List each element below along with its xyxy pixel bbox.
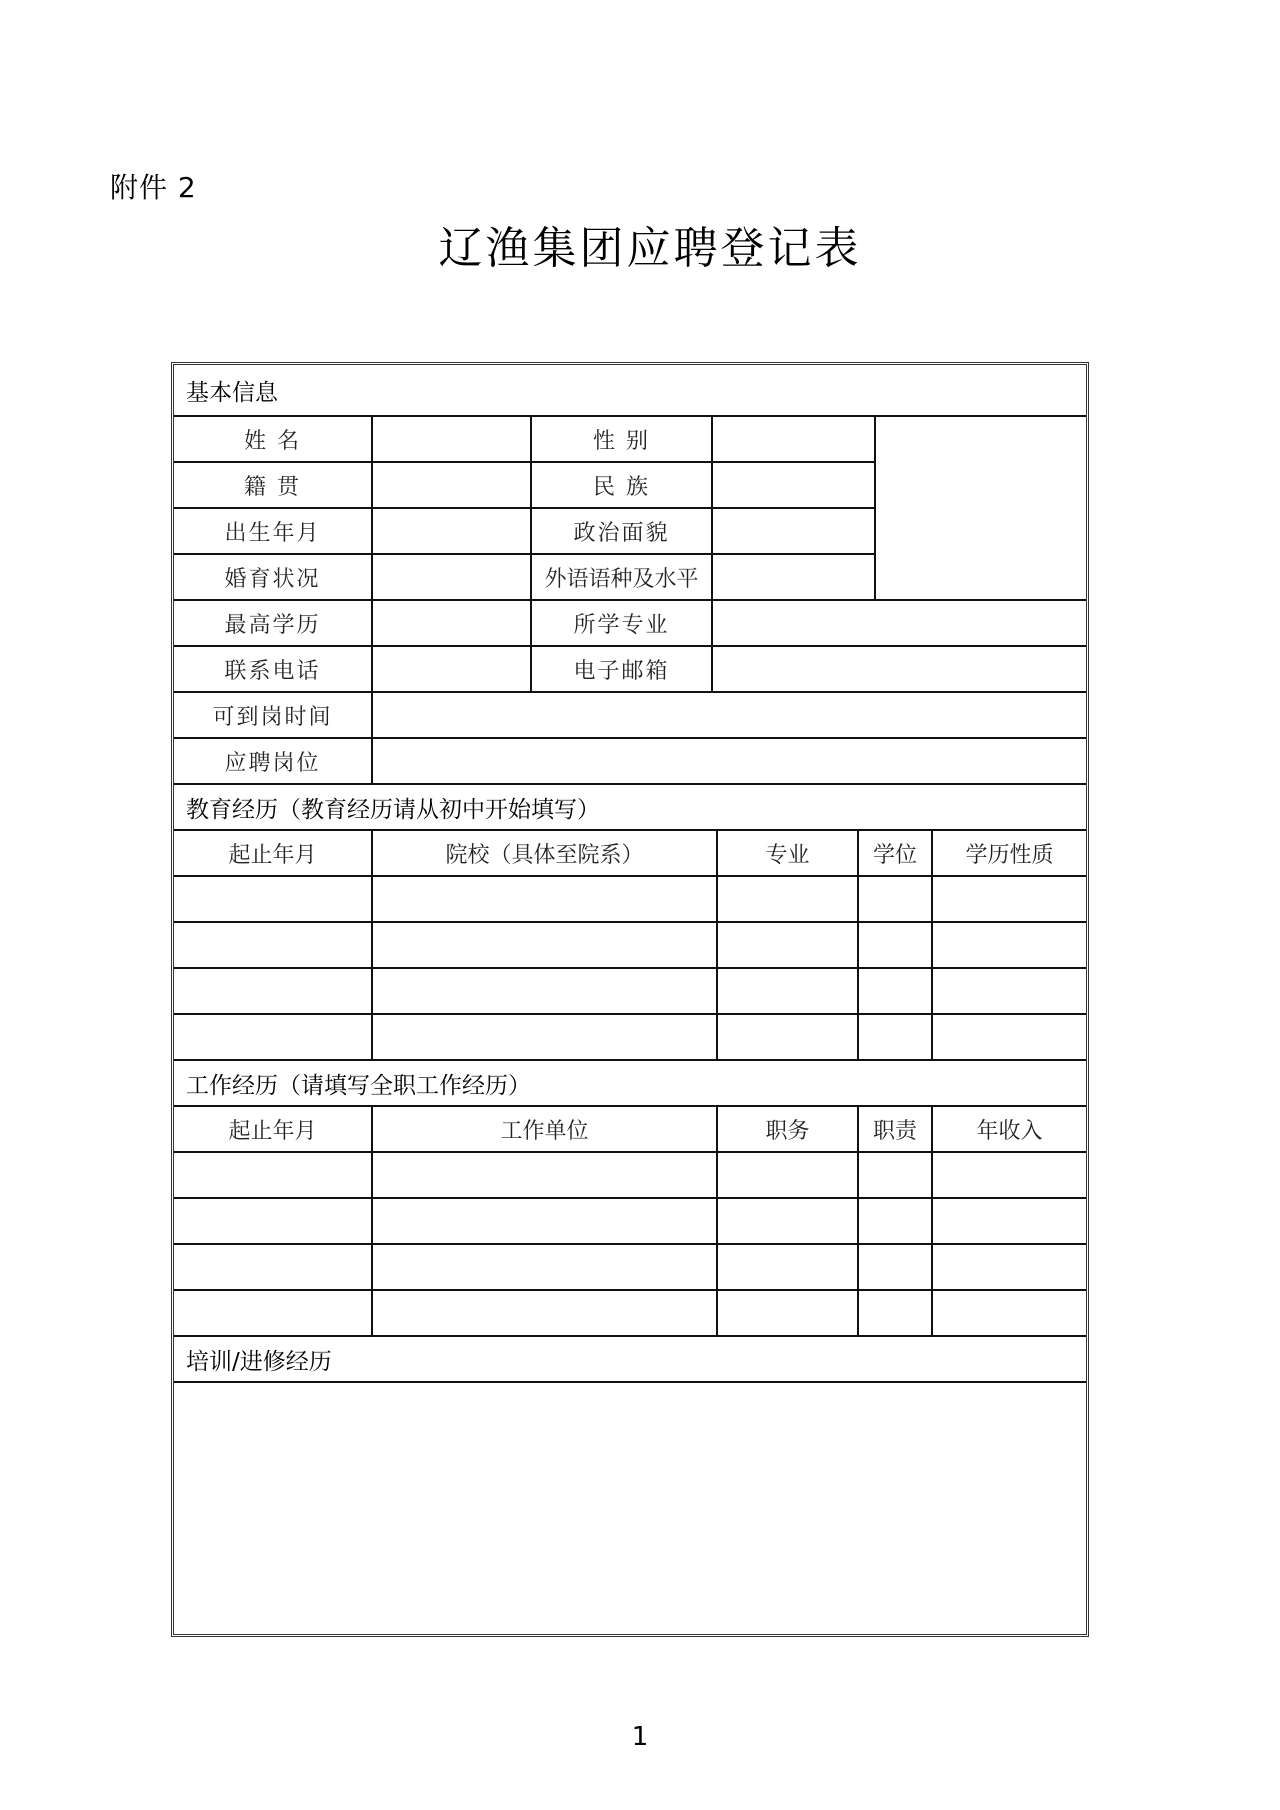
edu-row-2-type[interactable] bbox=[933, 923, 1086, 969]
label-birth-date: 出生年月 bbox=[174, 509, 373, 555]
training-field[interactable] bbox=[174, 1383, 1086, 1474]
position-applied-field[interactable] bbox=[373, 739, 1086, 785]
edu-row-1-type[interactable] bbox=[933, 877, 1086, 923]
highest-education-field[interactable] bbox=[373, 601, 532, 647]
edu-header-degree: 学位 bbox=[859, 831, 933, 877]
page-number: 1 bbox=[0, 1722, 1280, 1752]
page-title: 辽渔集团应聘登记表 bbox=[0, 212, 1280, 276]
label-available-date: 可到岗时间 bbox=[174, 693, 373, 739]
work-header-title: 职务 bbox=[718, 1107, 859, 1153]
work-row-1-title[interactable] bbox=[718, 1153, 859, 1199]
edu-row-3-degree[interactable] bbox=[859, 969, 933, 1015]
edu-row-4-period[interactable] bbox=[174, 1015, 373, 1061]
birth-date-field[interactable] bbox=[373, 509, 532, 555]
label-gender: 性 别 bbox=[532, 417, 713, 463]
work-row-2-period[interactable] bbox=[174, 1199, 373, 1245]
name-field[interactable] bbox=[373, 417, 532, 463]
work-header-income: 年收入 bbox=[933, 1107, 1086, 1153]
photo-box[interactable] bbox=[876, 417, 1086, 601]
section-training: 培训/进修经历 bbox=[174, 1337, 1086, 1383]
edu-row-2-major[interactable] bbox=[718, 923, 859, 969]
label-email: 电子邮箱 bbox=[532, 647, 713, 693]
major-field[interactable] bbox=[713, 601, 1086, 647]
work-header-period: 起止年月 bbox=[174, 1107, 373, 1153]
available-date-field[interactable] bbox=[373, 693, 1086, 739]
work-row-2-duties[interactable] bbox=[859, 1199, 933, 1245]
work-row-1-period[interactable] bbox=[174, 1153, 373, 1199]
work-header-duties: 职责 bbox=[859, 1107, 933, 1153]
label-major: 所学专业 bbox=[532, 601, 713, 647]
work-row-4-income[interactable] bbox=[933, 1291, 1086, 1337]
edu-row-3-school[interactable] bbox=[373, 969, 718, 1015]
marital-status-field[interactable] bbox=[373, 555, 532, 601]
email-field[interactable] bbox=[713, 647, 1086, 693]
edu-header-major: 专业 bbox=[718, 831, 859, 877]
work-row-4-employer[interactable] bbox=[373, 1291, 718, 1337]
native-place-field[interactable] bbox=[373, 463, 532, 509]
edu-row-3-major[interactable] bbox=[718, 969, 859, 1015]
work-row-2-income[interactable] bbox=[933, 1199, 1086, 1245]
section-education: 教育经历（教育经历请从初中开始填写） bbox=[174, 785, 1086, 831]
edu-row-1-major[interactable] bbox=[718, 877, 859, 923]
work-row-2-employer[interactable] bbox=[373, 1199, 718, 1245]
work-row-1-duties[interactable] bbox=[859, 1153, 933, 1199]
gender-field[interactable] bbox=[713, 417, 876, 463]
section-basic-info: 基本信息 bbox=[174, 365, 1086, 417]
section-work: 工作经历（请填写全职工作经历） bbox=[174, 1061, 1086, 1107]
edu-header-type: 学历性质 bbox=[933, 831, 1086, 877]
edu-row-2-period[interactable] bbox=[174, 923, 373, 969]
work-row-4-duties[interactable] bbox=[859, 1291, 933, 1337]
label-highest-education: 最高学历 bbox=[174, 601, 373, 647]
edu-row-3-type[interactable] bbox=[933, 969, 1086, 1015]
edu-row-4-degree[interactable] bbox=[859, 1015, 933, 1061]
edu-row-1-school[interactable] bbox=[373, 877, 718, 923]
work-row-2-title[interactable] bbox=[718, 1199, 859, 1245]
label-marital-status: 婚育状况 bbox=[174, 555, 373, 601]
ethnicity-field[interactable] bbox=[713, 463, 876, 509]
work-row-1-income[interactable] bbox=[933, 1153, 1086, 1199]
political-status-field[interactable] bbox=[713, 509, 876, 555]
edu-header-period: 起止年月 bbox=[174, 831, 373, 877]
label-political-status: 政治面貌 bbox=[532, 509, 713, 555]
work-row-1-employer[interactable] bbox=[373, 1153, 718, 1199]
work-header-employer: 工作单位 bbox=[373, 1107, 718, 1153]
label-name: 姓 名 bbox=[174, 417, 373, 463]
work-row-4-title[interactable] bbox=[718, 1291, 859, 1337]
edu-row-4-school[interactable] bbox=[373, 1015, 718, 1061]
registration-form: 基本信息 姓 名 性 别 籍 贯 民 族 出生年月 政治面貌 婚育状况 外语语种… bbox=[171, 362, 1089, 1637]
edu-row-1-degree[interactable] bbox=[859, 877, 933, 923]
work-row-4-period[interactable] bbox=[174, 1291, 373, 1337]
foreign-language-field[interactable] bbox=[713, 555, 876, 601]
edu-row-2-degree[interactable] bbox=[859, 923, 933, 969]
work-row-3-employer[interactable] bbox=[373, 1245, 718, 1291]
work-row-3-duties[interactable] bbox=[859, 1245, 933, 1291]
edu-row-1-period[interactable] bbox=[174, 877, 373, 923]
label-position-applied: 应聘岗位 bbox=[174, 739, 373, 785]
work-row-3-income[interactable] bbox=[933, 1245, 1086, 1291]
label-ethnicity: 民 族 bbox=[532, 463, 713, 509]
edu-header-school: 院校（具体至院系） bbox=[373, 831, 718, 877]
edu-row-3-period[interactable] bbox=[174, 969, 373, 1015]
work-row-3-title[interactable] bbox=[718, 1245, 859, 1291]
edu-row-2-school[interactable] bbox=[373, 923, 718, 969]
label-phone: 联系电话 bbox=[174, 647, 373, 693]
phone-field[interactable] bbox=[373, 647, 532, 693]
label-foreign-language: 外语语种及水平 bbox=[532, 555, 713, 601]
edu-row-4-type[interactable] bbox=[933, 1015, 1086, 1061]
edu-row-4-major[interactable] bbox=[718, 1015, 859, 1061]
attachment-label: 附件 2 bbox=[110, 166, 197, 206]
label-native-place: 籍 贯 bbox=[174, 463, 373, 509]
work-row-3-period[interactable] bbox=[174, 1245, 373, 1291]
